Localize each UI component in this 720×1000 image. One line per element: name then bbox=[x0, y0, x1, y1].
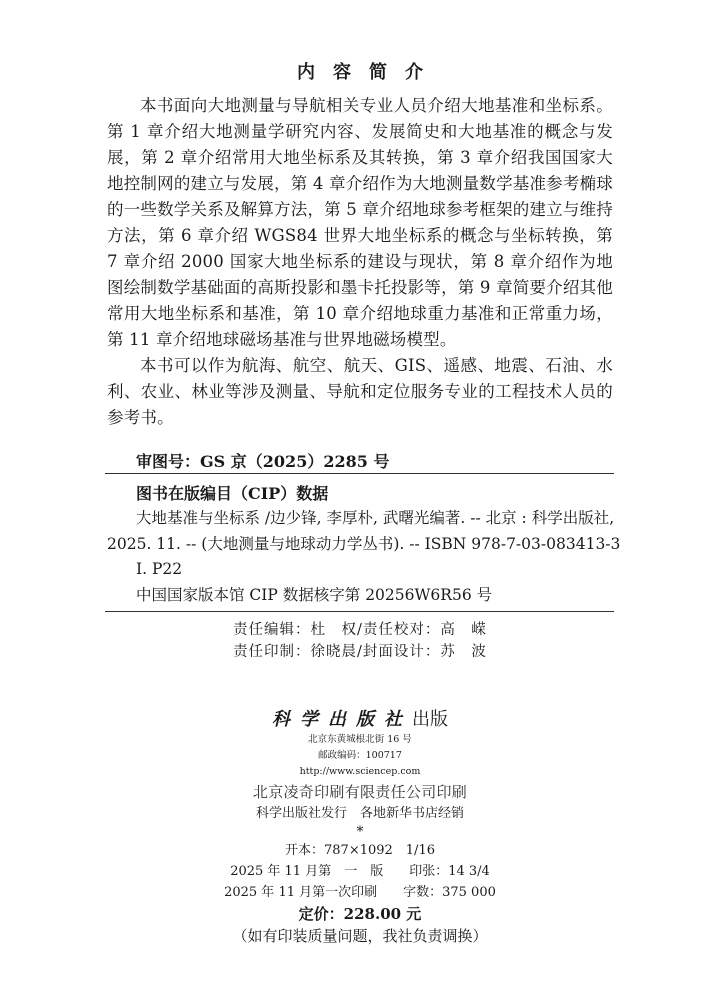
separator-star: * bbox=[0, 824, 720, 840]
credits-editor-line: 责任编辑：杜 权/责任校对：高 嵘 bbox=[0, 619, 720, 641]
cip-line: 中国国家版本馆 CIP 数据核字第 20256W6R56 号 bbox=[107, 583, 617, 609]
credits-print-line: 责任印制：徐晓晨/封面设计：苏 波 bbox=[0, 641, 720, 663]
abstract-paragraph: 本书可以作为航海、航空、航天、GIS、遥感、地震、石油、水利、农业、林业等涉及测… bbox=[107, 353, 613, 431]
cip-line: I. P22 bbox=[107, 557, 617, 583]
copyright-page: 内容简介 本书面向大地测量与导航相关专业人员介绍大地基准和坐标系。第 1 章介绍… bbox=[0, 0, 720, 1000]
printing-line: 2025 年 11 月第一次印刷 字数：375 000 bbox=[0, 882, 720, 903]
publisher-postcode: 邮政编码：100717 bbox=[0, 748, 720, 764]
publisher-name: 科学出版社出版 bbox=[0, 708, 720, 732]
printer-name: 北京凌奇印刷有限责任公司印刷 bbox=[0, 780, 720, 804]
format-line: 开本：787×1092 1/16 bbox=[0, 840, 720, 861]
publisher-website: http://www.sciencep.com bbox=[0, 764, 720, 780]
credits-section: 责任编辑：杜 权/责任校对：高 嵘 责任印制：徐晓晨/封面设计：苏 波 bbox=[0, 619, 720, 663]
cip-heading: 图书在版编目（CIP）数据 bbox=[136, 481, 328, 504]
publisher-name-suffix: 出版 bbox=[412, 709, 448, 730]
cip-line: 2025. 11. -- (大地测量与地球动力学丛书). -- ISBN 978… bbox=[107, 532, 617, 558]
edition-line: 2025 年 11 月第 一 版 印张：14 3/4 bbox=[0, 861, 720, 882]
divider-top bbox=[105, 473, 614, 474]
publisher-block: 科学出版社出版 北京东黄城根北街 16 号 邮政编码：100717 http:/… bbox=[0, 708, 720, 804]
divider-bottom bbox=[105, 611, 614, 612]
abstract-paragraph: 本书面向大地测量与导航相关专业人员介绍大地基准和坐标系。第 1 章介绍大地测量学… bbox=[107, 93, 613, 353]
quality-notice: （如有印装质量问题，我社负责调换） bbox=[0, 925, 720, 947]
publisher-logo-text: 科学出版社 bbox=[272, 709, 412, 730]
map-approval-number: 审图号：GS 京（2025）2285 号 bbox=[136, 449, 389, 472]
price-line: 定价：228.00 元 bbox=[0, 903, 720, 925]
imprint-section: 科学出版社发行 各地新华书店经销 * 开本：787×1092 1/16 2025… bbox=[0, 803, 720, 947]
cip-line: 大地基准与坐标系 /边少锋, 李厚朴, 武曙光编著. -- 北京 : 科学出版社… bbox=[107, 506, 617, 532]
abstract-section: 本书面向大地测量与导航相关专业人员介绍大地基准和坐标系。第 1 章介绍大地测量学… bbox=[107, 93, 613, 431]
distribution-line: 科学出版社发行 各地新华书店经销 bbox=[0, 803, 720, 824]
cip-data: 大地基准与坐标系 /边少锋, 李厚朴, 武曙光编著. -- 北京 : 科学出版社… bbox=[107, 506, 617, 608]
publisher-address: 北京东黄城根北街 16 号 bbox=[0, 732, 720, 748]
page-title: 内容简介 bbox=[0, 58, 720, 84]
